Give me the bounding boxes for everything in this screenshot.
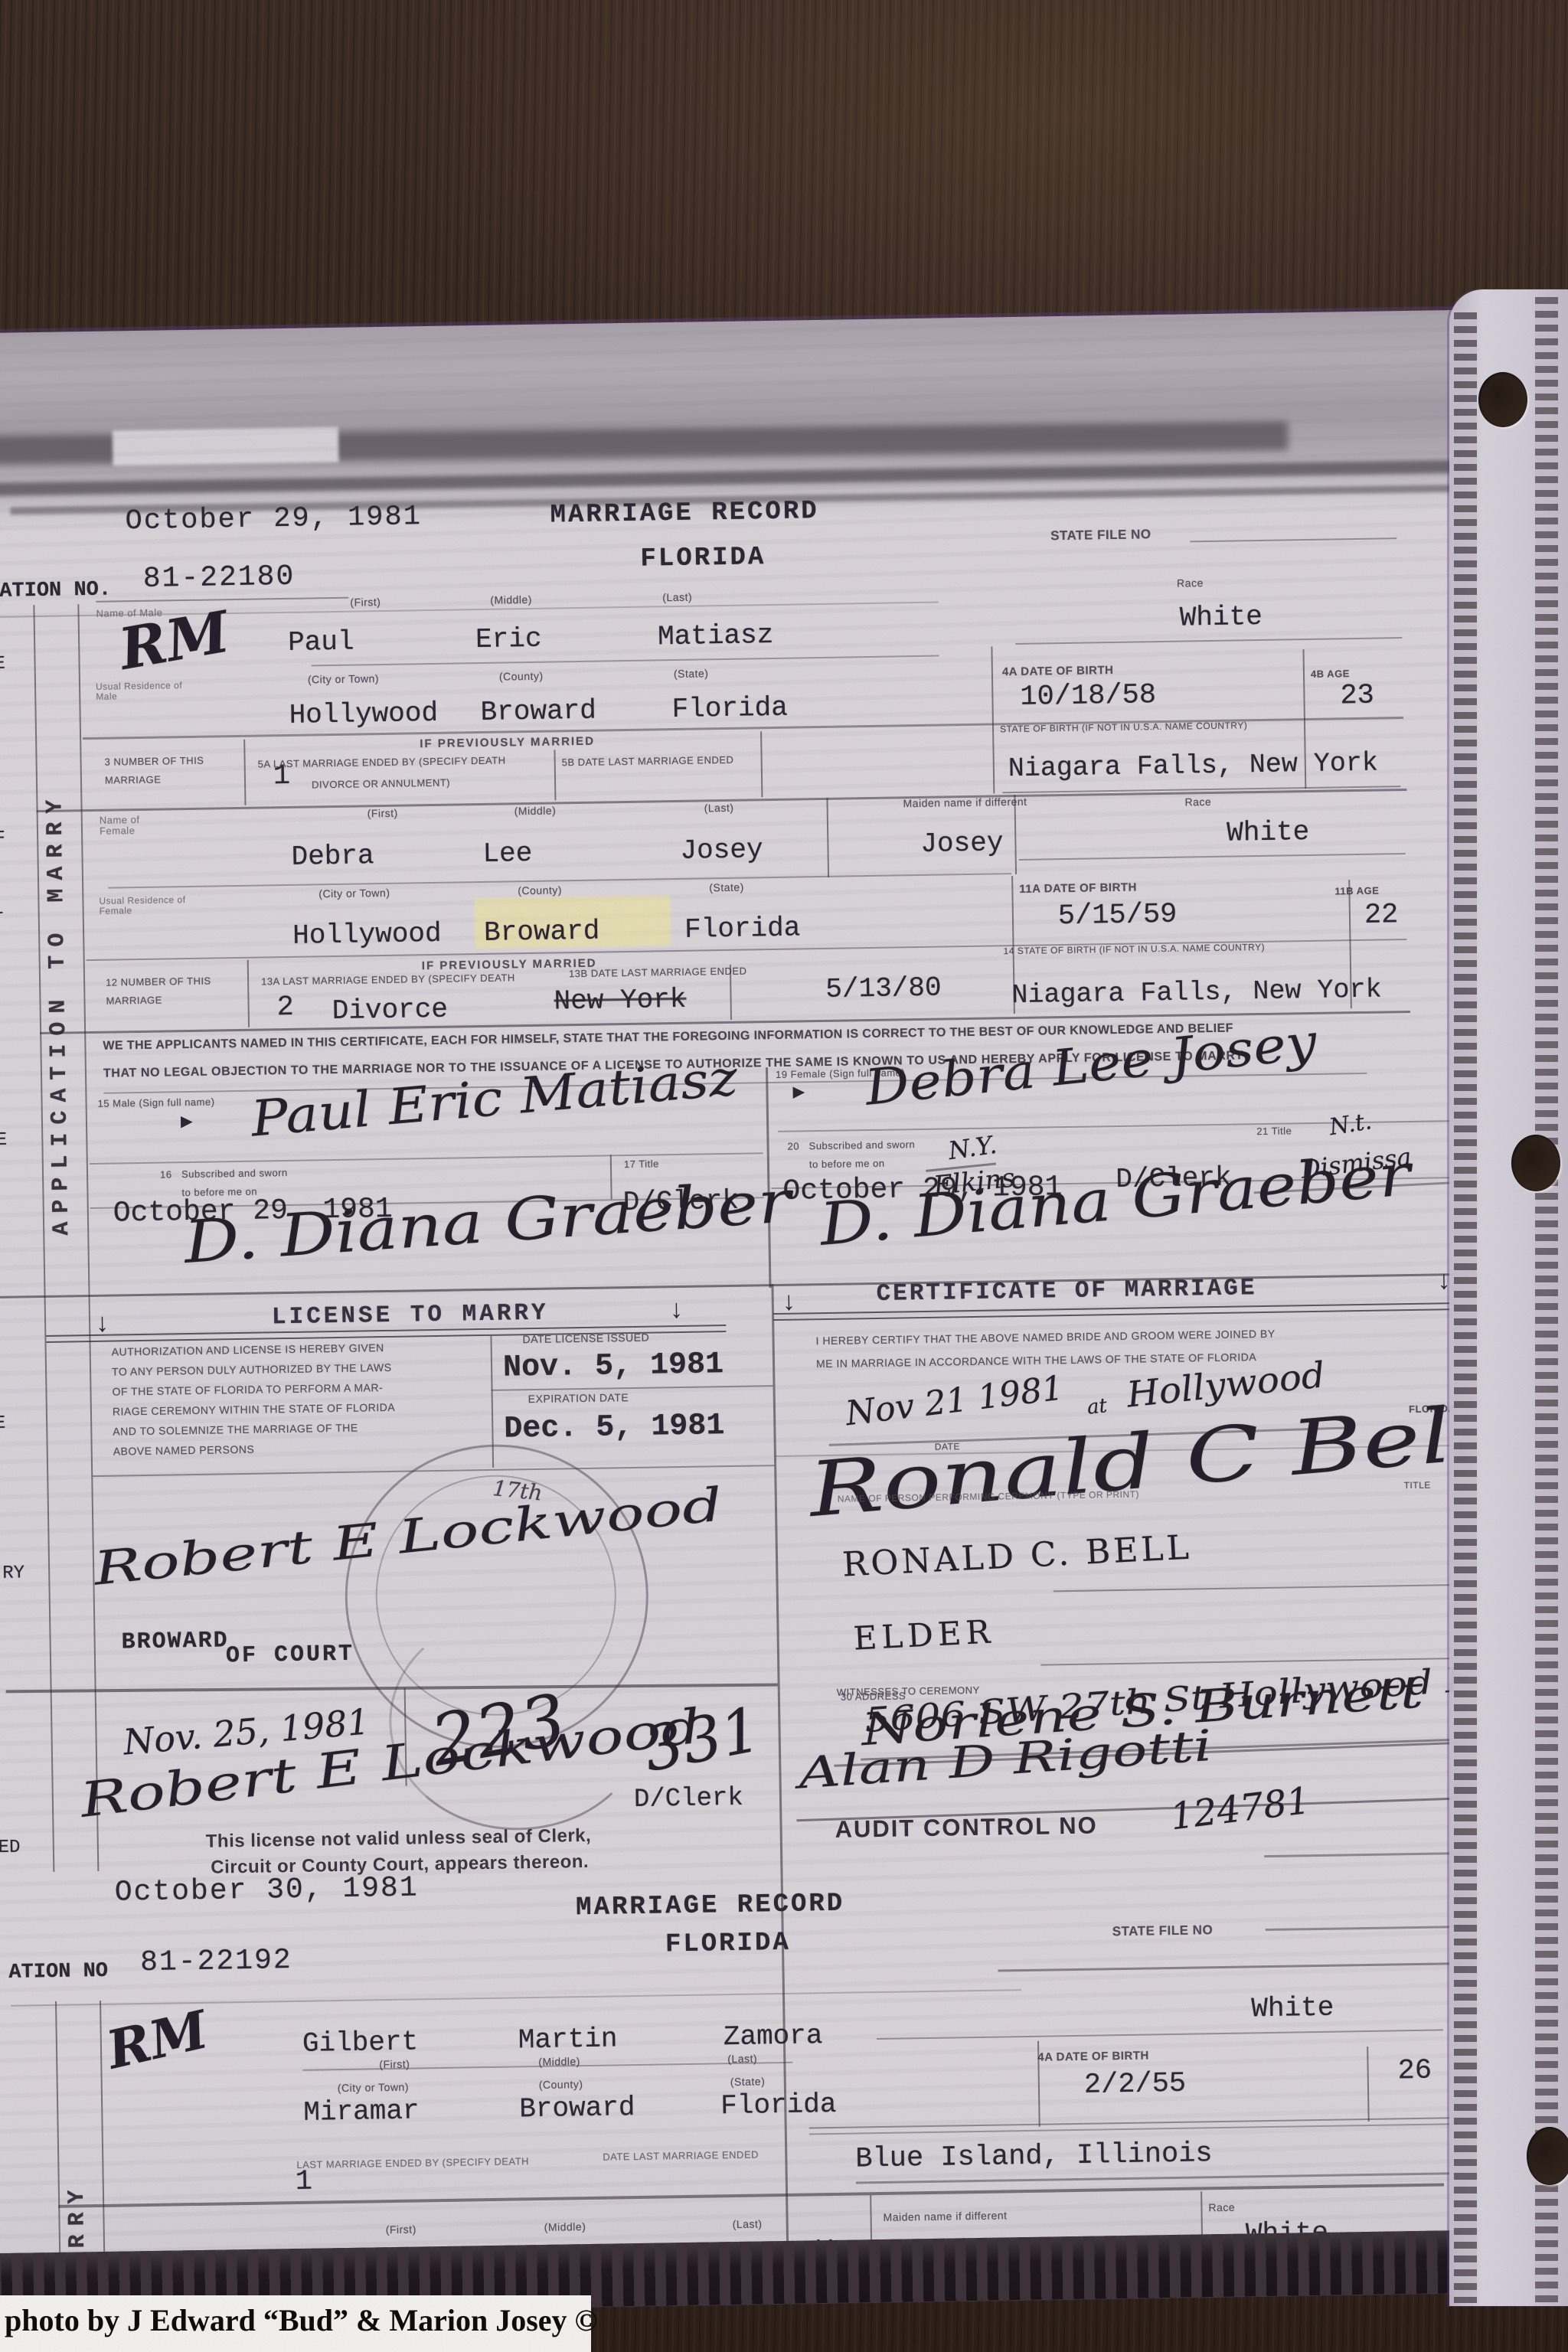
bride-marriage-no: 2 [276, 993, 294, 1023]
record2-ended-date-label: DATE LAST MARRIAGE ENDED [603, 2149, 759, 2162]
record2-application-label: ATION NO [8, 1961, 108, 1984]
r2-label-middle-f: (Middle) [544, 2221, 586, 2233]
of-court-label: OF COURT [226, 1643, 355, 1669]
groom-birth-state: Niagara Falls, New York [1008, 750, 1379, 783]
female-title-label: 21 Title [1256, 1125, 1292, 1136]
r2-label-state: (State) [730, 2076, 766, 2087]
bride-ended-state: New York [554, 985, 686, 1017]
groom-race: White [1180, 603, 1263, 632]
label-residence-of-female: Usual Residence of Female [99, 895, 191, 916]
performer-title-label: TITLE [1404, 1481, 1431, 1491]
record2-state: FLORIDA [665, 1930, 791, 1959]
margin-fragment-nse: NSE [0, 1414, 6, 1434]
male-sworn-prefix: 16 [160, 1169, 172, 1180]
binder-hole-bottom [1527, 2127, 1568, 2185]
down-arrow-icon-3: ↓ [782, 1289, 796, 1316]
bride-ended-date: 5/13/80 [825, 974, 942, 1004]
bride-ended-by: Divorce [332, 995, 448, 1026]
issued-label: DATE LICENSE ISSUED [522, 1332, 649, 1345]
groom-ended-by-label-2: DIVORCE OR ANNULMENT) [312, 778, 450, 790]
label-city-f: (City or Town) [318, 887, 390, 900]
expiration-label: EXPIRATION DATE [528, 1392, 629, 1405]
bride-last-name: Josey [680, 835, 763, 865]
label-residence-of-male: Usual Residence of Male [96, 681, 188, 701]
record2-groom-race: White [1251, 1994, 1334, 2024]
r2-label-city: (City or Town) [338, 2082, 409, 2094]
auth-line-5: ABOVE NAMED PERSONS [113, 1444, 255, 1458]
record2-groom-middle: Martin [518, 2024, 618, 2055]
female-sworn-label-1: Subscribed and sworn [808, 1139, 915, 1151]
female-sworn-label-2: to before me on [809, 1158, 885, 1170]
clerk-title: D/Clerk [634, 1785, 743, 1815]
margin-fragment-e: E [0, 655, 5, 674]
label-county: (County) [499, 671, 544, 683]
binder-hole-middle [1511, 1135, 1560, 1191]
photo-caption: photo by J Edward “Bud” & Marion Josey © [5, 2305, 597, 2337]
license-header: LICENSE TO MARRY [272, 1302, 549, 1331]
label-name-of-female: Name of Female [100, 814, 168, 836]
bride-first-name: Debra [291, 841, 374, 871]
groom-dob: 10/18/58 [1020, 681, 1156, 713]
audit-label: AUDIT CONTROL NO [835, 1813, 1098, 1842]
r2-label-first-f: (First) [386, 2224, 416, 2236]
record2-dob-label: 4A DATE OF BIRTH [1037, 2050, 1149, 2063]
record1-state-file-label: STATE FILE NO [1050, 528, 1151, 543]
margin-fragment-oded: ODED [0, 1838, 21, 1858]
record1-state: FLORIDA [640, 544, 766, 573]
male-sworn-label-1: Subscribed and sworn [181, 1168, 288, 1180]
sheet-protector-strip [1449, 289, 1568, 2306]
record2-state-file-label: STATE FILE NO [1112, 1923, 1214, 1939]
label-if-previously-married: IF PREVIOUSLY MARRIED [420, 736, 595, 750]
bride-race: White [1227, 818, 1310, 848]
bride-city: Hollywood [292, 920, 442, 951]
margin-fragment-le: LE [0, 1131, 7, 1151]
groom-state: Florida [671, 694, 788, 724]
male-title-label: 17 Title [624, 1158, 659, 1169]
margin-fragment-lf: LF [0, 829, 5, 849]
down-arrow-icon-2: ↓ [670, 1296, 684, 1324]
county-broward: BROWARD [121, 1629, 229, 1655]
document-sheet: October 29, 1981 MARRIAGE RECORD FLORIDA… [0, 309, 1516, 2316]
record1-title: MARRIAGE RECORD [550, 498, 819, 530]
label-race-f: Race [1184, 796, 1211, 808]
r2-label-county: (County) [539, 2079, 583, 2091]
male-sign-label: 15 Male (Sign full name) [97, 1096, 214, 1109]
expiration-date: Dec. 5, 1981 [504, 1410, 725, 1446]
bride-dob-label: 11A DATE OF BIRTH [1019, 882, 1137, 896]
label-state-f: (State) [709, 882, 744, 893]
groom-age-label: 4B AGE [1311, 668, 1350, 679]
groom-city: Hollywood [289, 699, 438, 730]
bride-marriage-no-label-1: 12 NUMBER OF THIS [106, 976, 211, 988]
female-sworn-prefix: 20 [787, 1141, 799, 1151]
record2-groom-first: Gilbert [302, 2027, 419, 2058]
issued-date: Nov. 5, 1981 [503, 1349, 724, 1385]
binder-hole-top [1478, 372, 1527, 427]
r2-label-maiden: Maiden name if different [883, 2210, 1007, 2223]
groom-county: Broward [480, 697, 596, 727]
at-word: at [1086, 1396, 1109, 1419]
record2-groom-dob: 2/2/55 [1084, 2069, 1187, 2101]
label-race: Race [1177, 577, 1204, 589]
witnesses-label: WITNESSES TO CEREMONY [837, 1685, 980, 1698]
label-maiden: Maiden name if different [903, 796, 1027, 809]
record2-groom-state: Florida [720, 2090, 837, 2121]
bride-county: Broward [484, 917, 600, 948]
photo-of-marriage-record: { "photo": { "caption": "photo by J Edwa… [0, 0, 1568, 2352]
label-middle-f: (Middle) [514, 805, 557, 817]
down-arrow-icon: ↓ [96, 1310, 109, 1338]
label-city: (City or Town) [308, 673, 379, 685]
bride-middle-name: Lee [482, 839, 532, 869]
performer-title-value: ELDER [853, 1615, 996, 1655]
record2-groom-last: Zamora [724, 2021, 823, 2052]
margin-fragment-nal2: NAL [0, 900, 4, 920]
record1-date: October 29, 1981 [125, 502, 422, 537]
bride-maiden-name: Josey [920, 828, 1004, 858]
record2-groom-age: 26 [1397, 2056, 1432, 2087]
groom-marriage-no-label-1: 3 NUMBER OF THIS [104, 756, 204, 768]
protector-serration-left [1454, 312, 1477, 2303]
label-state: (State) [674, 668, 709, 679]
record2-application-no: 81-22192 [140, 1945, 292, 1978]
groom-marriage-no-label-2: MARRIAGE [105, 775, 162, 786]
label-middle: (Middle) [490, 594, 532, 606]
label-last: (Last) [662, 592, 692, 603]
bride-age: 22 [1364, 900, 1399, 931]
record2-groom-city: Miramar [303, 2096, 420, 2127]
record2-date: October 30, 1981 [114, 1873, 418, 1908]
r2-label-race: Race [1208, 2202, 1235, 2213]
label-county-f: (County) [518, 884, 562, 897]
pointer-icon: ► [177, 1111, 197, 1132]
bride-birth-state: Niagara Falls, New York [1011, 976, 1382, 1010]
bride-age-label: 11B AGE [1334, 886, 1379, 897]
caption-bar: photo by J Edward “Bud” & Marion Josey © [0, 2295, 591, 2352]
groom-first-name: Paul [288, 628, 354, 658]
groom-age: 23 [1340, 681, 1374, 712]
label-first: (First) [350, 596, 381, 608]
pointer-icon-2: ► [789, 1081, 808, 1102]
female-note-top: N.t. [1328, 1109, 1374, 1140]
record1-application-label: CATION NO. [0, 580, 111, 603]
bride-dob: 5/15/59 [1058, 900, 1178, 932]
r2-label-last-f: (Last) [733, 2218, 763, 2229]
record1-application-no: 81-22180 [143, 562, 296, 595]
groom-dob-label: 4A DATE OF BIRTH [1002, 665, 1114, 678]
label-first-f: (First) [367, 808, 398, 819]
bride-state: Florida [684, 913, 801, 944]
bride-marriage-no-label-2: MARRIAGE [106, 995, 162, 1007]
record2-title: MARRIAGE RECORD [576, 1891, 845, 1922]
protector-serration-right [1535, 297, 1558, 2303]
record2-birth-state: Blue Island, Illinois [855, 2139, 1213, 2174]
margin-fragment-ry: RY [2, 1563, 24, 1583]
groom-last-name: Matiasz [658, 621, 774, 652]
record2-marriage-no: 1 [295, 2167, 312, 2197]
label-last-f: (Last) [704, 802, 734, 814]
male-note-top: N.Y. [947, 1132, 998, 1165]
groom-middle-name: Eric [475, 625, 542, 655]
record2-groom-county: Broward [519, 2093, 635, 2124]
